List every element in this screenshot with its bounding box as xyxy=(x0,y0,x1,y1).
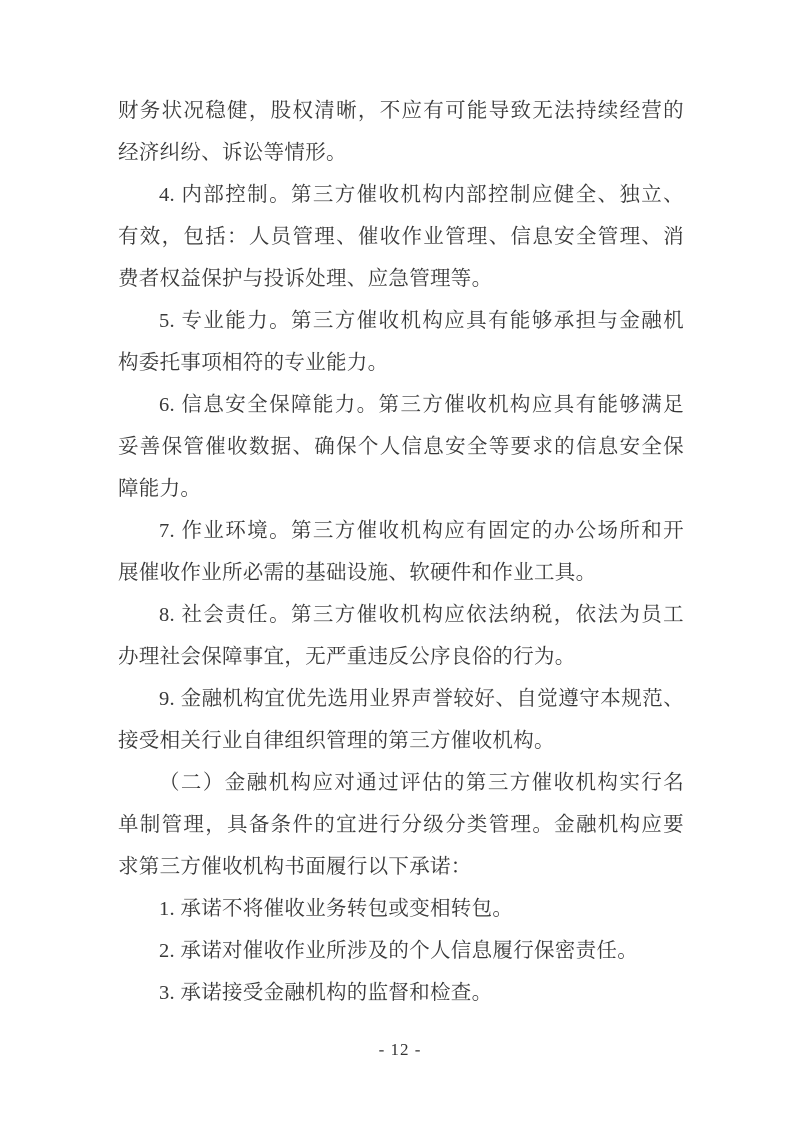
text-line: 构委托事项相符的专业能力。 xyxy=(118,342,684,384)
text-line: 接受相关行业自律组织管理的第三方催收机构。 xyxy=(118,720,684,762)
text-line: 7. 作业环境。第三方催收机构应有固定的办公场所和开 xyxy=(118,510,684,552)
text-line: 3. 承诺接受金融机构的监督和检查。 xyxy=(118,972,684,1014)
text-line: 8. 社会责任。第三方催收机构应依法纳税，依法为员工 xyxy=(118,594,684,636)
text-line: 2. 承诺对催收作业所涉及的个人信息履行保密责任。 xyxy=(118,930,684,972)
text-line: 9. 金融机构宜优先选用业界声誉较好、自觉遵守本规范、 xyxy=(118,678,684,720)
text-line: 经济纠纷、诉讼等情形。 xyxy=(118,132,684,174)
text-line: 办理社会保障事宜，无严重违反公序良俗的行为。 xyxy=(118,636,684,678)
text-line: 妥善保管催收数据、确保个人信息安全等要求的信息安全保 xyxy=(118,426,684,468)
page-footer: - 12 - xyxy=(0,1040,800,1060)
text-line: 1. 承诺不将催收业务转包或变相转包。 xyxy=(118,888,684,930)
text-line: 费者权益保护与投诉处理、应急管理等。 xyxy=(118,258,684,300)
text-line: 财务状况稳健，股权清晰，不应有可能导致无法持续经营的 xyxy=(118,90,684,132)
text-line: 展催收作业所必需的基础设施、软硬件和作业工具。 xyxy=(118,552,684,594)
document-page: 财务状况稳健，股权清晰，不应有可能导致无法持续经营的经济纠纷、诉讼等情形。4. … xyxy=(0,0,800,1128)
page-number: - 12 - xyxy=(379,1040,422,1059)
text-line: 单制管理，具备条件的宜进行分级分类管理。金融机构应要 xyxy=(118,804,684,846)
text-line: 有效，包括：人员管理、催收作业管理、信息安全管理、消 xyxy=(118,216,684,258)
text-line: 6. 信息安全保障能力。第三方催收机构应具有能够满足 xyxy=(118,384,684,426)
text-line: 障能力。 xyxy=(118,468,684,510)
text-line: 求第三方催收机构书面履行以下承诺： xyxy=(118,846,684,888)
document-body: 财务状况稳健，股权清晰，不应有可能导致无法持续经营的经济纠纷、诉讼等情形。4. … xyxy=(118,90,684,1014)
text-line: （二）金融机构应对通过评估的第三方催收机构实行名 xyxy=(118,762,684,804)
text-line: 4. 内部控制。第三方催收机构内部控制应健全、独立、 xyxy=(118,174,684,216)
text-line: 5. 专业能力。第三方催收机构应具有能够承担与金融机 xyxy=(118,300,684,342)
